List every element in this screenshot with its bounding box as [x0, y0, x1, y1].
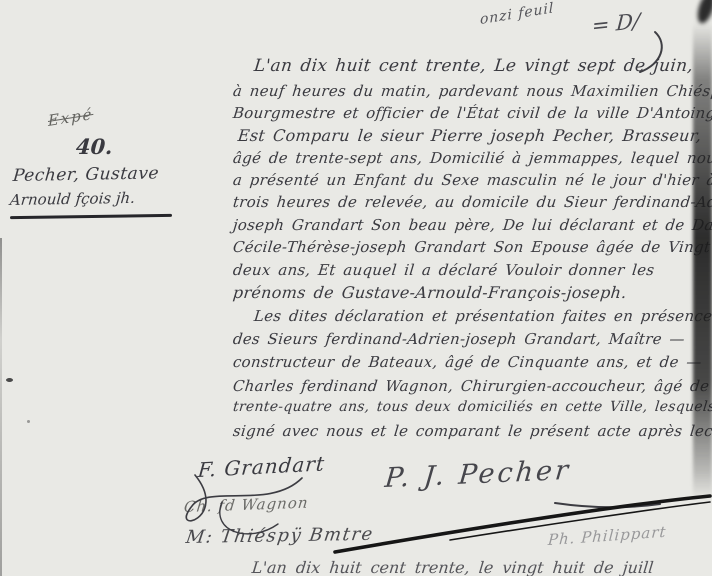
ink-speck [27, 420, 30, 423]
margin-divider-rule [10, 214, 172, 219]
page-fold-edge [0, 238, 2, 576]
body-line: deux ans, Et auquel il a déclaré Vouloir… [232, 261, 655, 279]
ink-speck [6, 378, 13, 382]
body-line: âgé de trente-sept ans, Domicilié à jemm… [232, 149, 712, 167]
body-line: trois heures de relevée, au domicile du … [232, 193, 712, 211]
body-line: des Sieurs ferdinand-Adrien-joseph Grand… [232, 330, 686, 348]
body-line: prénoms de Gustave-Arnould-François-jose… [232, 283, 628, 302]
body-line: joseph Grandart Son beau père, De lui dé… [232, 216, 712, 234]
body-line: Bourgmestre et officier de l'État civil … [232, 104, 712, 122]
book-spine-shadow [693, 22, 712, 500]
body-line: à neuf heures du matin, pardevant nous M… [232, 82, 712, 100]
body-line: constructeur de Bateaux, âgé de Cinquant… [232, 353, 703, 371]
margin-name-line1: Pecher, Gustave [12, 163, 160, 186]
signature-flourishes [150, 440, 712, 575]
body-line: Les dites déclaration et présentation fa… [253, 307, 712, 325]
body-line: a présenté un Enfant du Sexe masculin né… [232, 171, 712, 189]
next-act-partial-line: L'an dix huit cent trente, le vingt huit… [251, 558, 654, 576]
scanned-register-page: onzi feuil = D/ Expé 40. Pecher, Gustave… [0, 0, 712, 576]
body-line: trente-quatre ans, tous deux domiciliés … [232, 399, 712, 415]
margin-expedition-note: Expé [48, 105, 94, 130]
margin-name-line2: Arnould fçois jh. [9, 189, 136, 209]
margin-act-number: 40. [75, 134, 113, 159]
body-line: Est Comparu le sieur Pierre joseph Peche… [237, 126, 702, 145]
body-line: Charles ferdinand Wagnon, Chirurgien-acc… [232, 377, 710, 395]
body-line: L'an dix huit cent trente, Le vingt sept… [253, 56, 694, 76]
folio-note: onzi feuil [480, 0, 555, 28]
body-line: Cécile-Thérèse-joseph Grandart Son Epous… [232, 238, 712, 256]
body-line: signé avec nous et le comparant le prése… [232, 422, 712, 440]
